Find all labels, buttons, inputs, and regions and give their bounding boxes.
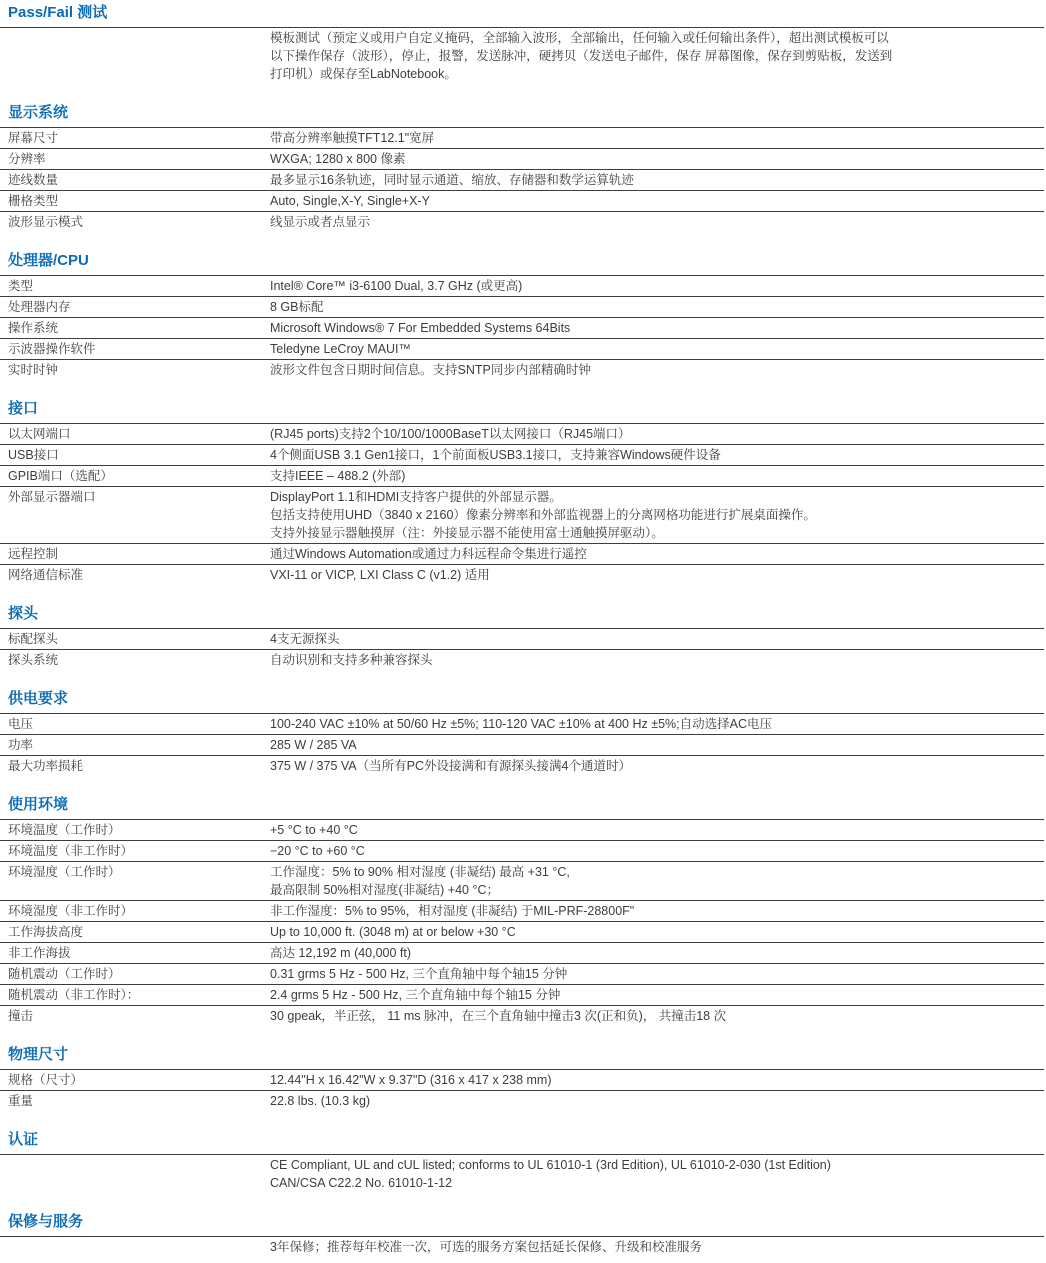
- section-title: 供电要求: [0, 691, 1044, 707]
- spec-row: 迹线数量最多显示16条轨迹，同时显示通道、缩放、存储器和数学运算轨迹: [0, 169, 1044, 190]
- spec-document: Pass/Fail 测试模板测试（预定义或用户自定义掩码，全部输入波形，全部输出…: [0, 5, 1046, 1263]
- spec-row: 外部显示器端口DisplayPort 1.1和HDMI支持客户提供的外部显示器。…: [0, 486, 1044, 543]
- spec-label: 屏幕尺寸: [0, 128, 270, 148]
- spec-row: 3年保修；推荐每年校准一次，可选的服务方案包括延长保修、升级和校准服务: [0, 1236, 1044, 1257]
- spec-row: USB接口4个侧面USB 3.1 Gen1接口，1个前面板USB3.1接口，支持…: [0, 444, 1044, 465]
- section-title: 保修与服务: [0, 1214, 1044, 1230]
- spec-label: GPIB端口（选配）: [0, 466, 270, 486]
- spec-section: 处理器/CPU类型Intel® Core™ i3-6100 Dual, 3.7 …: [0, 253, 1044, 380]
- spec-section: Pass/Fail 测试模板测试（预定义或用户自定义掩码，全部输入波形，全部输出…: [0, 5, 1044, 84]
- spec-label: USB接口: [0, 445, 270, 465]
- spec-label: 以太网端口: [0, 424, 270, 444]
- spec-row: 栅格类型Auto, Single,X-Y, Single+X-Y: [0, 190, 1044, 211]
- spec-section: 显示系统屏幕尺寸带高分辨率触摸TFT12.1"宽屏分辨率WXGA; 1280 x…: [0, 105, 1044, 232]
- spec-label: 随机震动（工作时）: [0, 964, 270, 984]
- spec-row: 环境湿度（非工作时）非工作湿度：5% to 95%，相对湿度 (非凝结) 于MI…: [0, 900, 1044, 921]
- spec-row: 分辨率WXGA; 1280 x 800 像素: [0, 148, 1044, 169]
- spec-row: 环境温度（工作时）+5 °C to +40 °C: [0, 819, 1044, 840]
- spec-label: 栅格类型: [0, 191, 270, 211]
- spec-label: 环境湿度（非工作时）: [0, 901, 270, 921]
- spec-value: 22.8 lbs. (10.3 kg): [270, 1091, 1044, 1111]
- spec-value: CE Compliant, UL and cUL listed; conform…: [270, 1155, 1044, 1193]
- spec-label: 类型: [0, 276, 270, 296]
- spec-label: 工作海拔高度: [0, 922, 270, 942]
- section-title: 使用环境: [0, 797, 1044, 813]
- sections-container: Pass/Fail 测试模板测试（预定义或用户自定义掩码，全部输入波形，全部输出…: [0, 5, 1044, 1257]
- spec-row: 重量22.8 lbs. (10.3 kg): [0, 1090, 1044, 1111]
- spec-label: 规格（尺寸）: [0, 1070, 270, 1090]
- spec-label: 电压: [0, 714, 270, 734]
- spec-table: CE Compliant, UL and cUL listed; conform…: [0, 1154, 1044, 1193]
- spec-row: 工作海拔高度Up to 10,000 ft. (3048 m) at or be…: [0, 921, 1044, 942]
- spec-row: 探头系统自动识别和支持多种兼容探头: [0, 649, 1044, 670]
- spec-value: 285 W / 285 VA: [270, 735, 1044, 755]
- spec-value: 375 W / 375 VA（当所有PC外设接满和有源探头接满4个通道时）: [270, 756, 1044, 776]
- spec-label: 分辨率: [0, 149, 270, 169]
- spec-row: 最大功率损耗375 W / 375 VA（当所有PC外设接满和有源探头接满4个通…: [0, 755, 1044, 776]
- spec-row: 处理器内存8 GB标配: [0, 296, 1044, 317]
- spec-row: CE Compliant, UL and cUL listed; conform…: [0, 1154, 1044, 1193]
- spec-row: 撞击30 gpeak，半正弦， 11 ms 脉冲，在三个直角轴中撞击3 次(正和…: [0, 1005, 1044, 1026]
- spec-label: 网络通信标准: [0, 565, 270, 585]
- spec-row: 标配探头4支无源探头: [0, 628, 1044, 649]
- spec-label: 处理器内存: [0, 297, 270, 317]
- spec-value: 通过Windows Automation或通过力科远程命令集进行遥控: [270, 544, 1044, 564]
- spec-label: 非工作海拔: [0, 943, 270, 963]
- spec-value: Microsoft Windows® 7 For Embedded System…: [270, 318, 1044, 338]
- spec-label: [0, 28, 270, 84]
- spec-row: 非工作海拔高达 12,192 m (40,000 ft): [0, 942, 1044, 963]
- spec-value: Up to 10,000 ft. (3048 m) at or below +3…: [270, 922, 1044, 942]
- spec-value: 4支无源探头: [270, 629, 1044, 649]
- spec-label: 操作系统: [0, 318, 270, 338]
- spec-table: 以太网端口(RJ45 ports)支持2个10/100/1000BaseT以太网…: [0, 423, 1044, 585]
- spec-table: 3年保修；推荐每年校准一次，可选的服务方案包括延长保修、升级和校准服务: [0, 1236, 1044, 1257]
- spec-section: 保修与服务3年保修；推荐每年校准一次，可选的服务方案包括延长保修、升级和校准服务: [0, 1214, 1044, 1257]
- spec-table: 环境温度（工作时）+5 °C to +40 °C环境温度（非工作时）−20 °C…: [0, 819, 1044, 1026]
- spec-label: 环境温度（非工作时）: [0, 841, 270, 861]
- spec-label: 最大功率损耗: [0, 756, 270, 776]
- spec-table: 电压100-240 VAC ±10% at 50/60 Hz ±5%; 110-…: [0, 713, 1044, 776]
- spec-value: 非工作湿度：5% to 95%，相对湿度 (非凝结) 于MIL-PRF-2880…: [270, 901, 1044, 921]
- spec-row: 规格（尺寸）12.44"H x 16.42"W x 9.37"D (316 x …: [0, 1069, 1044, 1090]
- spec-row: 环境温度（非工作时）−20 °C to +60 °C: [0, 840, 1044, 861]
- spec-label: 外部显示器端口: [0, 487, 270, 543]
- spec-value: Intel® Core™ i3-6100 Dual, 3.7 GHz (或更高): [270, 276, 1044, 296]
- spec-value: 0.31 grms 5 Hz - 500 Hz, 三个直角轴中每个轴15 分钟: [270, 964, 1044, 984]
- spec-value: −20 °C to +60 °C: [270, 841, 1044, 861]
- spec-label: 随机震动（非工作时）：: [0, 985, 270, 1005]
- spec-section: 使用环境环境温度（工作时）+5 °C to +40 °C环境温度（非工作时）−2…: [0, 797, 1044, 1026]
- spec-row: 随机震动（工作时）0.31 grms 5 Hz - 500 Hz, 三个直角轴中…: [0, 963, 1044, 984]
- spec-value: 支持IEEE – 488.2 (外部): [270, 466, 1044, 486]
- spec-value: 自动识别和支持多种兼容探头: [270, 650, 1044, 670]
- spec-label: 环境温度（工作时）: [0, 820, 270, 840]
- spec-value: 2.4 grms 5 Hz - 500 Hz, 三个直角轴中每个轴15 分钟: [270, 985, 1044, 1005]
- section-title: Pass/Fail 测试: [0, 5, 1044, 21]
- spec-value: 高达 12,192 m (40,000 ft): [270, 943, 1044, 963]
- spec-value: 最多显示16条轨迹，同时显示通道、缩放、存储器和数学运算轨迹: [270, 170, 1044, 190]
- spec-label: 迹线数量: [0, 170, 270, 190]
- spec-value: 30 gpeak，半正弦， 11 ms 脉冲，在三个直角轴中撞击3 次(正和负)…: [270, 1006, 1044, 1026]
- spec-label: 重量: [0, 1091, 270, 1111]
- section-title: 物理尺寸: [0, 1047, 1044, 1063]
- section-title: 显示系统: [0, 105, 1044, 121]
- spec-section: 供电要求电压100-240 VAC ±10% at 50/60 Hz ±5%; …: [0, 691, 1044, 776]
- spec-section: 物理尺寸规格（尺寸）12.44"H x 16.42"W x 9.37"D (31…: [0, 1047, 1044, 1111]
- spec-row: 功率285 W / 285 VA: [0, 734, 1044, 755]
- spec-label: 功率: [0, 735, 270, 755]
- spec-label: 波形显示模式: [0, 212, 270, 232]
- spec-row: 环境湿度（工作时）工作湿度：5% to 90% 相对湿度 (非凝结) 最高 +3…: [0, 861, 1044, 900]
- spec-label: 远程控制: [0, 544, 270, 564]
- spec-value: 波形文件包含日期时间信息。支持SNTP同步内部精确时钟: [270, 360, 1044, 380]
- spec-row: 实时时钟波形文件包含日期时间信息。支持SNTP同步内部精确时钟: [0, 359, 1044, 380]
- spec-label: 实时时钟: [0, 360, 270, 380]
- spec-value: DisplayPort 1.1和HDMI支持客户提供的外部显示器。 包括支持使用…: [270, 487, 1044, 543]
- spec-value: 线显示或者点显示: [270, 212, 1044, 232]
- spec-value: +5 °C to +40 °C: [270, 820, 1044, 840]
- spec-table: 屏幕尺寸带高分辨率触摸TFT12.1"宽屏分辨率WXGA; 1280 x 800…: [0, 127, 1044, 232]
- spec-value: (RJ45 ports)支持2个10/100/1000BaseT以太网接口（RJ…: [270, 424, 1044, 444]
- spec-value: 12.44"H x 16.42"W x 9.37"D (316 x 417 x …: [270, 1070, 1044, 1090]
- spec-label: [0, 1155, 270, 1193]
- spec-label: [0, 1237, 270, 1257]
- spec-row: 以太网端口(RJ45 ports)支持2个10/100/1000BaseT以太网…: [0, 423, 1044, 444]
- section-title: 探头: [0, 606, 1044, 622]
- spec-row: GPIB端口（选配）支持IEEE – 488.2 (外部): [0, 465, 1044, 486]
- spec-row: 类型Intel® Core™ i3-6100 Dual, 3.7 GHz (或更…: [0, 275, 1044, 296]
- spec-value: 工作湿度：5% to 90% 相对湿度 (非凝结) 最高 +31 °C, 最高限…: [270, 862, 1044, 900]
- spec-row: 电压100-240 VAC ±10% at 50/60 Hz ±5%; 110-…: [0, 713, 1044, 734]
- spec-value: WXGA; 1280 x 800 像素: [270, 149, 1044, 169]
- spec-row: 屏幕尺寸带高分辨率触摸TFT12.1"宽屏: [0, 127, 1044, 148]
- spec-value: 8 GB标配: [270, 297, 1044, 317]
- spec-label: 环境湿度（工作时）: [0, 862, 270, 900]
- section-title: 认证: [0, 1132, 1044, 1148]
- spec-label: 标配探头: [0, 629, 270, 649]
- spec-row: 网络通信标准VXI-11 or VICP, LXI Class C (v1.2)…: [0, 564, 1044, 585]
- spec-row: 示波器操作软件Teledyne LeCroy MAUI™: [0, 338, 1044, 359]
- spec-table: 类型Intel® Core™ i3-6100 Dual, 3.7 GHz (或更…: [0, 275, 1044, 380]
- spec-label: 探头系统: [0, 650, 270, 670]
- spec-value: Auto, Single,X-Y, Single+X-Y: [270, 191, 1044, 211]
- spec-row: 波形显示模式线显示或者点显示: [0, 211, 1044, 232]
- spec-value: 4个侧面USB 3.1 Gen1接口，1个前面板USB3.1接口，支持兼容Win…: [270, 445, 1044, 465]
- spec-value: 3年保修；推荐每年校准一次，可选的服务方案包括延长保修、升级和校准服务: [270, 1237, 1044, 1257]
- spec-value: 模板测试（预定义或用户自定义掩码，全部输入波形，全部输出，任何输入或任何输出条件…: [270, 28, 1044, 84]
- spec-section: 接口以太网端口(RJ45 ports)支持2个10/100/1000BaseT以…: [0, 401, 1044, 585]
- spec-row: 模板测试（预定义或用户自定义掩码，全部输入波形，全部输出，任何输入或任何输出条件…: [0, 27, 1044, 84]
- spec-value: Teledyne LeCroy MAUI™: [270, 339, 1044, 359]
- spec-label: 撞击: [0, 1006, 270, 1026]
- spec-table: 规格（尺寸）12.44"H x 16.42"W x 9.37"D (316 x …: [0, 1069, 1044, 1111]
- spec-table: 模板测试（预定义或用户自定义掩码，全部输入波形，全部输出，任何输入或任何输出条件…: [0, 27, 1044, 84]
- section-title: 处理器/CPU: [0, 253, 1044, 269]
- spec-row: 操作系统Microsoft Windows® 7 For Embedded Sy…: [0, 317, 1044, 338]
- spec-table: 标配探头4支无源探头探头系统自动识别和支持多种兼容探头: [0, 628, 1044, 670]
- spec-value: 100-240 VAC ±10% at 50/60 Hz ±5%; 110-12…: [270, 714, 1044, 734]
- spec-label: 示波器操作软件: [0, 339, 270, 359]
- spec-row: 远程控制通过Windows Automation或通过力科远程命令集进行遥控: [0, 543, 1044, 564]
- section-title: 接口: [0, 401, 1044, 417]
- spec-value: VXI-11 or VICP, LXI Class C (v1.2) 适用: [270, 565, 1044, 585]
- spec-section: 认证CE Compliant, UL and cUL listed; confo…: [0, 1132, 1044, 1193]
- spec-row: 随机震动（非工作时）：2.4 grms 5 Hz - 500 Hz, 三个直角轴…: [0, 984, 1044, 1005]
- spec-section: 探头标配探头4支无源探头探头系统自动识别和支持多种兼容探头: [0, 606, 1044, 670]
- spec-value: 带高分辨率触摸TFT12.1"宽屏: [270, 128, 1044, 148]
